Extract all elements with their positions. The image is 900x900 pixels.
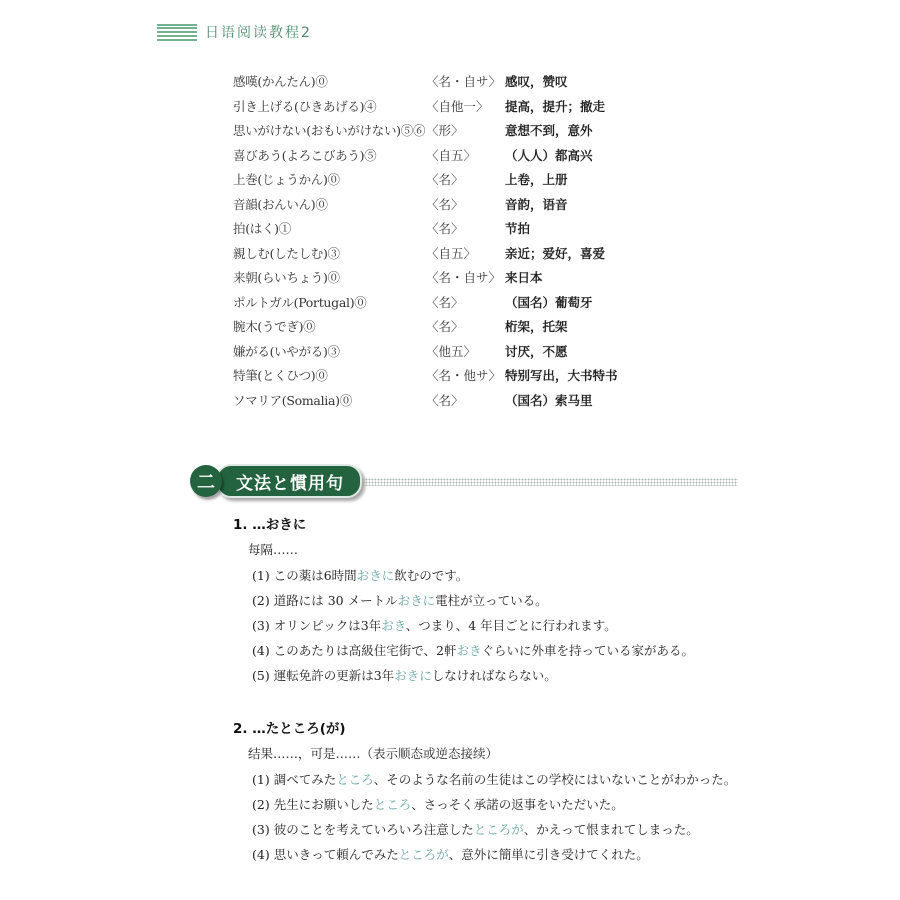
vocab-row: ソマリア(Somalia)⓪ 〈名〉 （国名）索马里 — [233, 391, 653, 416]
vocab-row: 腕木(うでぎ)⓪ 〈名〉 桁架，托架 — [233, 317, 653, 342]
vocab-row: 感嘆(かんたん)⓪ 〈名・自サ〉 感叹，赞叹 — [233, 72, 653, 97]
vocab-meaning: 节拍 — [505, 219, 530, 239]
vocab-row: 来朝(らいちょう)⓪ 〈名・自サ〉 来日本 — [233, 268, 653, 293]
example-text: 、意外に簡単に引き受けてくれた。 — [449, 847, 649, 862]
section-number: 二 — [190, 465, 222, 497]
vocab-part-of-speech: 〈名〉 — [426, 293, 464, 313]
vocab-part-of-speech: 〈自他一〉 — [426, 97, 489, 117]
vocab-meaning: （国名）葡萄牙 — [505, 293, 593, 313]
vocabulary-list: 感嘆(かんたん)⓪ 〈名・自サ〉 感叹，赞叹 引き上げる(ひきあげる)④ 〈自他… — [233, 72, 653, 415]
vocab-word: ソマリア(Somalia)⓪ — [233, 391, 352, 411]
vocab-word: 特筆(とくひつ)⓪ — [233, 366, 328, 386]
grammar-point: 1. …おきに 每隔…… (1)この薬は6時間おきに飲むのです。 (2)道路には… — [233, 513, 753, 688]
example-highlight: おき — [381, 618, 406, 633]
vocab-part-of-speech: 〈名〉 — [426, 219, 464, 239]
vocab-part-of-speech: 〈名・自サ〉 — [426, 268, 501, 288]
example-text: しなければならない。 — [432, 668, 557, 683]
example-number: (2) — [252, 797, 270, 812]
example-sentence: (2)先生にお願いしたところ、さっそく承諾の返事をいただいた。 — [252, 792, 753, 817]
vocab-part-of-speech: 〈名・自サ〉 — [426, 72, 501, 92]
example-sentence: (1)この薬は6時間おきに飲むのです。 — [252, 563, 753, 588]
example-text: 電柱が立っている。 — [435, 593, 548, 608]
example-number: (4) — [252, 847, 270, 862]
example-text: 飲むのです。 — [394, 568, 468, 583]
vocab-word: 上巻(じょうかん)⓪ — [233, 170, 340, 190]
vocab-row: 喜びあう(よろこびあう)⑤ 〈自五〉 （人人）都高兴 — [233, 146, 653, 171]
vocab-part-of-speech: 〈自五〉 — [426, 244, 476, 264]
example-highlight: ところ — [374, 797, 412, 812]
example-text: ぐらいに外車を持っている家がある。 — [481, 643, 694, 658]
example-text: 、つまり、4 年目ごとに行われます。 — [406, 618, 617, 633]
example-sentence: (4)このあたりは高級住宅街で、2軒おきぐらいに外車を持っている家がある。 — [252, 638, 753, 663]
section-heading-badge: 二 文法と慣用句 — [190, 465, 362, 497]
example-number: (3) — [252, 822, 270, 837]
example-text: このあたりは高級住宅街で、2軒 — [274, 643, 457, 658]
example-number: (5) — [252, 668, 270, 683]
example-highlight: おきに — [394, 668, 432, 683]
grammar-point: 2. …たところ(が) 结果……，可是……（表示顺态或逆态接续） (1)調べてみ… — [233, 717, 753, 867]
vocab-row: ポルトガル(Portugal)⓪ 〈名〉 （国名）葡萄牙 — [233, 293, 653, 318]
section-title: 文法と慣用句 — [216, 464, 362, 498]
vocab-word: 親しむ(したしむ)③ — [233, 244, 340, 264]
vocab-row: 拍(はく)① 〈名〉 节拍 — [233, 219, 653, 244]
vocab-part-of-speech: 〈名〉 — [426, 170, 464, 190]
example-highlight: おき — [456, 643, 481, 658]
vocab-meaning: 音韵，语音 — [505, 195, 568, 215]
header-stripes-decoration — [157, 24, 197, 41]
example-sentence: (2)道路には 30 メートルおきに電柱が立っている。 — [252, 588, 753, 613]
example-highlight: ところが — [474, 822, 524, 837]
example-text: 、かえって恨まれてしまった。 — [524, 822, 699, 837]
vocab-word: 喜びあう(よろこびあう)⑤ — [233, 146, 376, 166]
vocab-meaning: 讨厌，不愿 — [505, 342, 568, 362]
example-sentence: (3)彼のことを考えていろいろ注意したところが、かえって恨まれてしまった。 — [252, 817, 753, 842]
example-text: 調べてみた — [274, 772, 337, 787]
page-header: 日语阅读教程2 — [157, 22, 312, 42]
section-dotted-rule — [362, 478, 738, 486]
example-highlight: ところが — [399, 847, 449, 862]
grammar-meaning: 每隔…… — [248, 537, 753, 563]
example-highlight: おきに — [398, 593, 436, 608]
vocab-part-of-speech: 〈名・他サ〉 — [426, 366, 501, 386]
example-highlight: おきに — [357, 568, 395, 583]
vocab-meaning: 上卷，上册 — [505, 170, 568, 190]
example-text: 彼のことを考えていろいろ注意した — [274, 822, 474, 837]
grammar-title: 2. …たところ(が) — [233, 717, 753, 741]
grammar-meaning: 结果……，可是……（表示顺态或逆态接续） — [248, 741, 753, 767]
example-highlight: ところ — [336, 772, 374, 787]
vocab-word: 拍(はく)① — [233, 219, 291, 239]
vocab-part-of-speech: 〈形〉 — [426, 121, 464, 141]
vocab-part-of-speech: 〈他五〉 — [426, 342, 476, 362]
grammar-title: 1. …おきに — [233, 513, 753, 537]
vocab-meaning: （人人）都高兴 — [505, 146, 593, 166]
vocab-row: 引き上げる(ひきあげる)④ 〈自他一〉 提高，提升；撤走 — [233, 97, 653, 122]
example-sentence: (3)オリンピックは3年おき、つまり、4 年目ごとに行われます。 — [252, 613, 753, 638]
example-number: (3) — [252, 618, 270, 633]
example-number: (4) — [252, 643, 270, 658]
vocab-word: 腕木(うでぎ)⓪ — [233, 317, 315, 337]
vocab-word: 引き上げる(ひきあげる)④ — [233, 97, 376, 117]
vocab-part-of-speech: 〈自五〉 — [426, 146, 476, 166]
vocab-row: 上巻(じょうかん)⓪ 〈名〉 上卷，上册 — [233, 170, 653, 195]
vocab-word: 思いがけない(おもいがけない)⑤⑥ — [233, 121, 425, 141]
vocab-word: ポルトガル(Portugal)⓪ — [233, 293, 367, 313]
vocab-part-of-speech: 〈名〉 — [426, 317, 464, 337]
vocab-row: 特筆(とくひつ)⓪ 〈名・他サ〉 特别写出，大书特书 — [233, 366, 653, 391]
example-text: 、そのような名前の生徒はこの学校にはいないことがわかった。 — [374, 772, 737, 787]
vocab-meaning: 提高，提升；撤走 — [505, 97, 605, 117]
example-text: オリンピックは3年 — [274, 618, 381, 633]
example-sentence: (1)調べてみたところ、そのような名前の生徒はこの学校にはいないことがわかった。 — [252, 767, 753, 792]
vocab-meaning: 亲近；爱好，喜爱 — [505, 244, 605, 264]
vocab-meaning: （国名）索马里 — [505, 391, 593, 411]
vocab-word: 音韻(おんいん)⓪ — [233, 195, 328, 215]
vocab-meaning: 桁架，托架 — [505, 317, 568, 337]
example-number: (1) — [252, 772, 270, 787]
vocab-meaning: 感叹，赞叹 — [505, 72, 568, 92]
example-number: (2) — [252, 593, 270, 608]
vocab-row: 親しむ(したしむ)③ 〈自五〉 亲近；爱好，喜爱 — [233, 244, 653, 269]
example-text: 、さっそく承諾の返事をいただいた。 — [411, 797, 624, 812]
vocab-meaning: 意想不到，意外 — [505, 121, 593, 141]
vocab-meaning: 特别写出，大书特书 — [505, 366, 618, 386]
example-text: 先生にお願いした — [274, 797, 374, 812]
example-text: この薬は6時間 — [274, 568, 357, 583]
vocab-word: 来朝(らいちょう)⓪ — [233, 268, 340, 288]
example-number: (1) — [252, 568, 270, 583]
example-text: 道路には 30 メートル — [274, 593, 398, 608]
vocab-word: 嫌がる(いやがる)③ — [233, 342, 340, 362]
vocab-part-of-speech: 〈名〉 — [426, 391, 464, 411]
vocab-word: 感嘆(かんたん)⓪ — [233, 72, 328, 92]
example-text: 運転免許の更新は3年 — [274, 668, 394, 683]
example-text: 思いきって頼んでみた — [274, 847, 399, 862]
vocab-row: 思いがけない(おもいがけない)⑤⑥ 〈形〉 意想不到，意外 — [233, 121, 653, 146]
vocab-meaning: 来日本 — [505, 268, 543, 288]
example-sentence: (4)思いきって頼んでみたところが、意外に簡単に引き受けてくれた。 — [252, 842, 753, 867]
book-title: 日语阅读教程2 — [205, 22, 312, 42]
example-sentence: (5)運転免許の更新は3年おきにしなければならない。 — [252, 663, 753, 688]
vocab-row: 音韻(おんいん)⓪ 〈名〉 音韵，语音 — [233, 195, 653, 220]
vocab-row: 嫌がる(いやがる)③ 〈他五〉 讨厌，不愿 — [233, 342, 653, 367]
vocab-part-of-speech: 〈名〉 — [426, 195, 464, 215]
